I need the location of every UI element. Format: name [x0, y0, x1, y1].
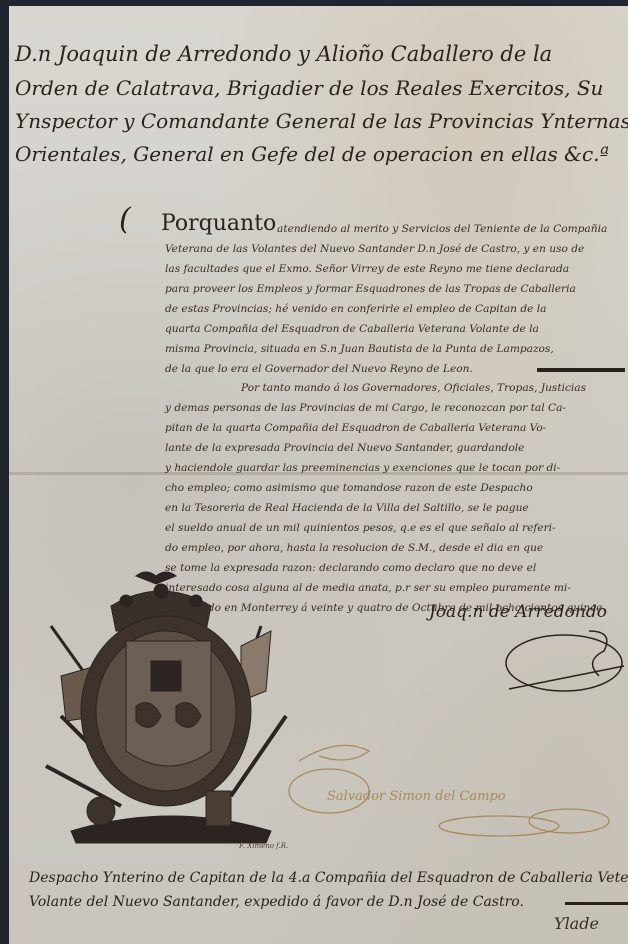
- signature-flourish: [499, 621, 628, 706]
- body-line: misma Provincia, situada en S.n Juan Bau…: [165, 340, 554, 359]
- signature-main: Joaq.n de Arredondo: [429, 602, 607, 622]
- engraver-mark: F. Ximeno f.R.: [239, 842, 288, 850]
- body-line: las facultades que el Exmo. Señor Virrey…: [165, 260, 569, 279]
- body-line: y demas personas de las Provincias de mi…: [165, 399, 566, 418]
- line-filler-rule: [537, 368, 625, 372]
- heading-line-1: D.n Joaquin de Arredondo y Alioño Caball…: [15, 40, 552, 68]
- signature-secondary: Salvador Simon del Campo: [327, 789, 506, 804]
- body-line: de la que lo era el Governador del Nuevo…: [165, 360, 473, 379]
- body-line: Veterana de las Volantes del Nuevo Santa…: [165, 240, 584, 259]
- body-line: en la Tesoreria de Real Hacienda de la V…: [165, 499, 529, 518]
- footer-line-2: Volante del Nuevo Santander, expedido á …: [29, 890, 524, 914]
- secondary-signature-flourish: [279, 731, 619, 841]
- body-line: de estas Provincias; hé venido en confer…: [165, 300, 546, 319]
- heading-line-4: Orientales, General en Gefe del de opera…: [15, 140, 609, 168]
- body-line: Por tanto mando á los Governadores, Ofic…: [241, 379, 586, 398]
- footer-margin-note: Ylade: [554, 914, 599, 933]
- body-line: pitan de la quarta Compañia del Esquadro…: [165, 419, 546, 438]
- footer-line-1: Despacho Ynterino de Capitan de la 4.a C…: [29, 866, 628, 890]
- footer-line-rule: [565, 902, 628, 905]
- body-line: el sueldo anual de un mil quinientos pes…: [165, 519, 556, 538]
- body-line: do empleo, por ahora, hasta la resolucio…: [165, 539, 543, 558]
- body-line: atendiendo al merito y Servicios del Ten…: [277, 220, 607, 239]
- opening-word: Porquanto: [161, 211, 276, 236]
- heading-line-2: Orden de Calatrava, Brigadier de los Rea…: [15, 74, 603, 102]
- heading-line-3: Ynspector y Comandante General de las Pr…: [15, 107, 628, 135]
- body-line: para proveer los Empleos y formar Esquad…: [165, 280, 576, 299]
- coat-of-arms-engraving: [41, 566, 301, 851]
- body-line: quarta Compañia del Esquadron de Caballe…: [165, 320, 539, 339]
- document-page: D.n Joaquin de Arredondo y Alioño Caball…: [9, 6, 628, 944]
- decorative-initial-loop: (: [119, 202, 131, 237]
- body-line: lante de la expresada Provincia del Nuev…: [165, 439, 524, 458]
- body-line: y haciendole guardar las preeminencias y…: [165, 459, 560, 478]
- body-line: cho empleo; como asimismo que tomandose …: [165, 479, 533, 498]
